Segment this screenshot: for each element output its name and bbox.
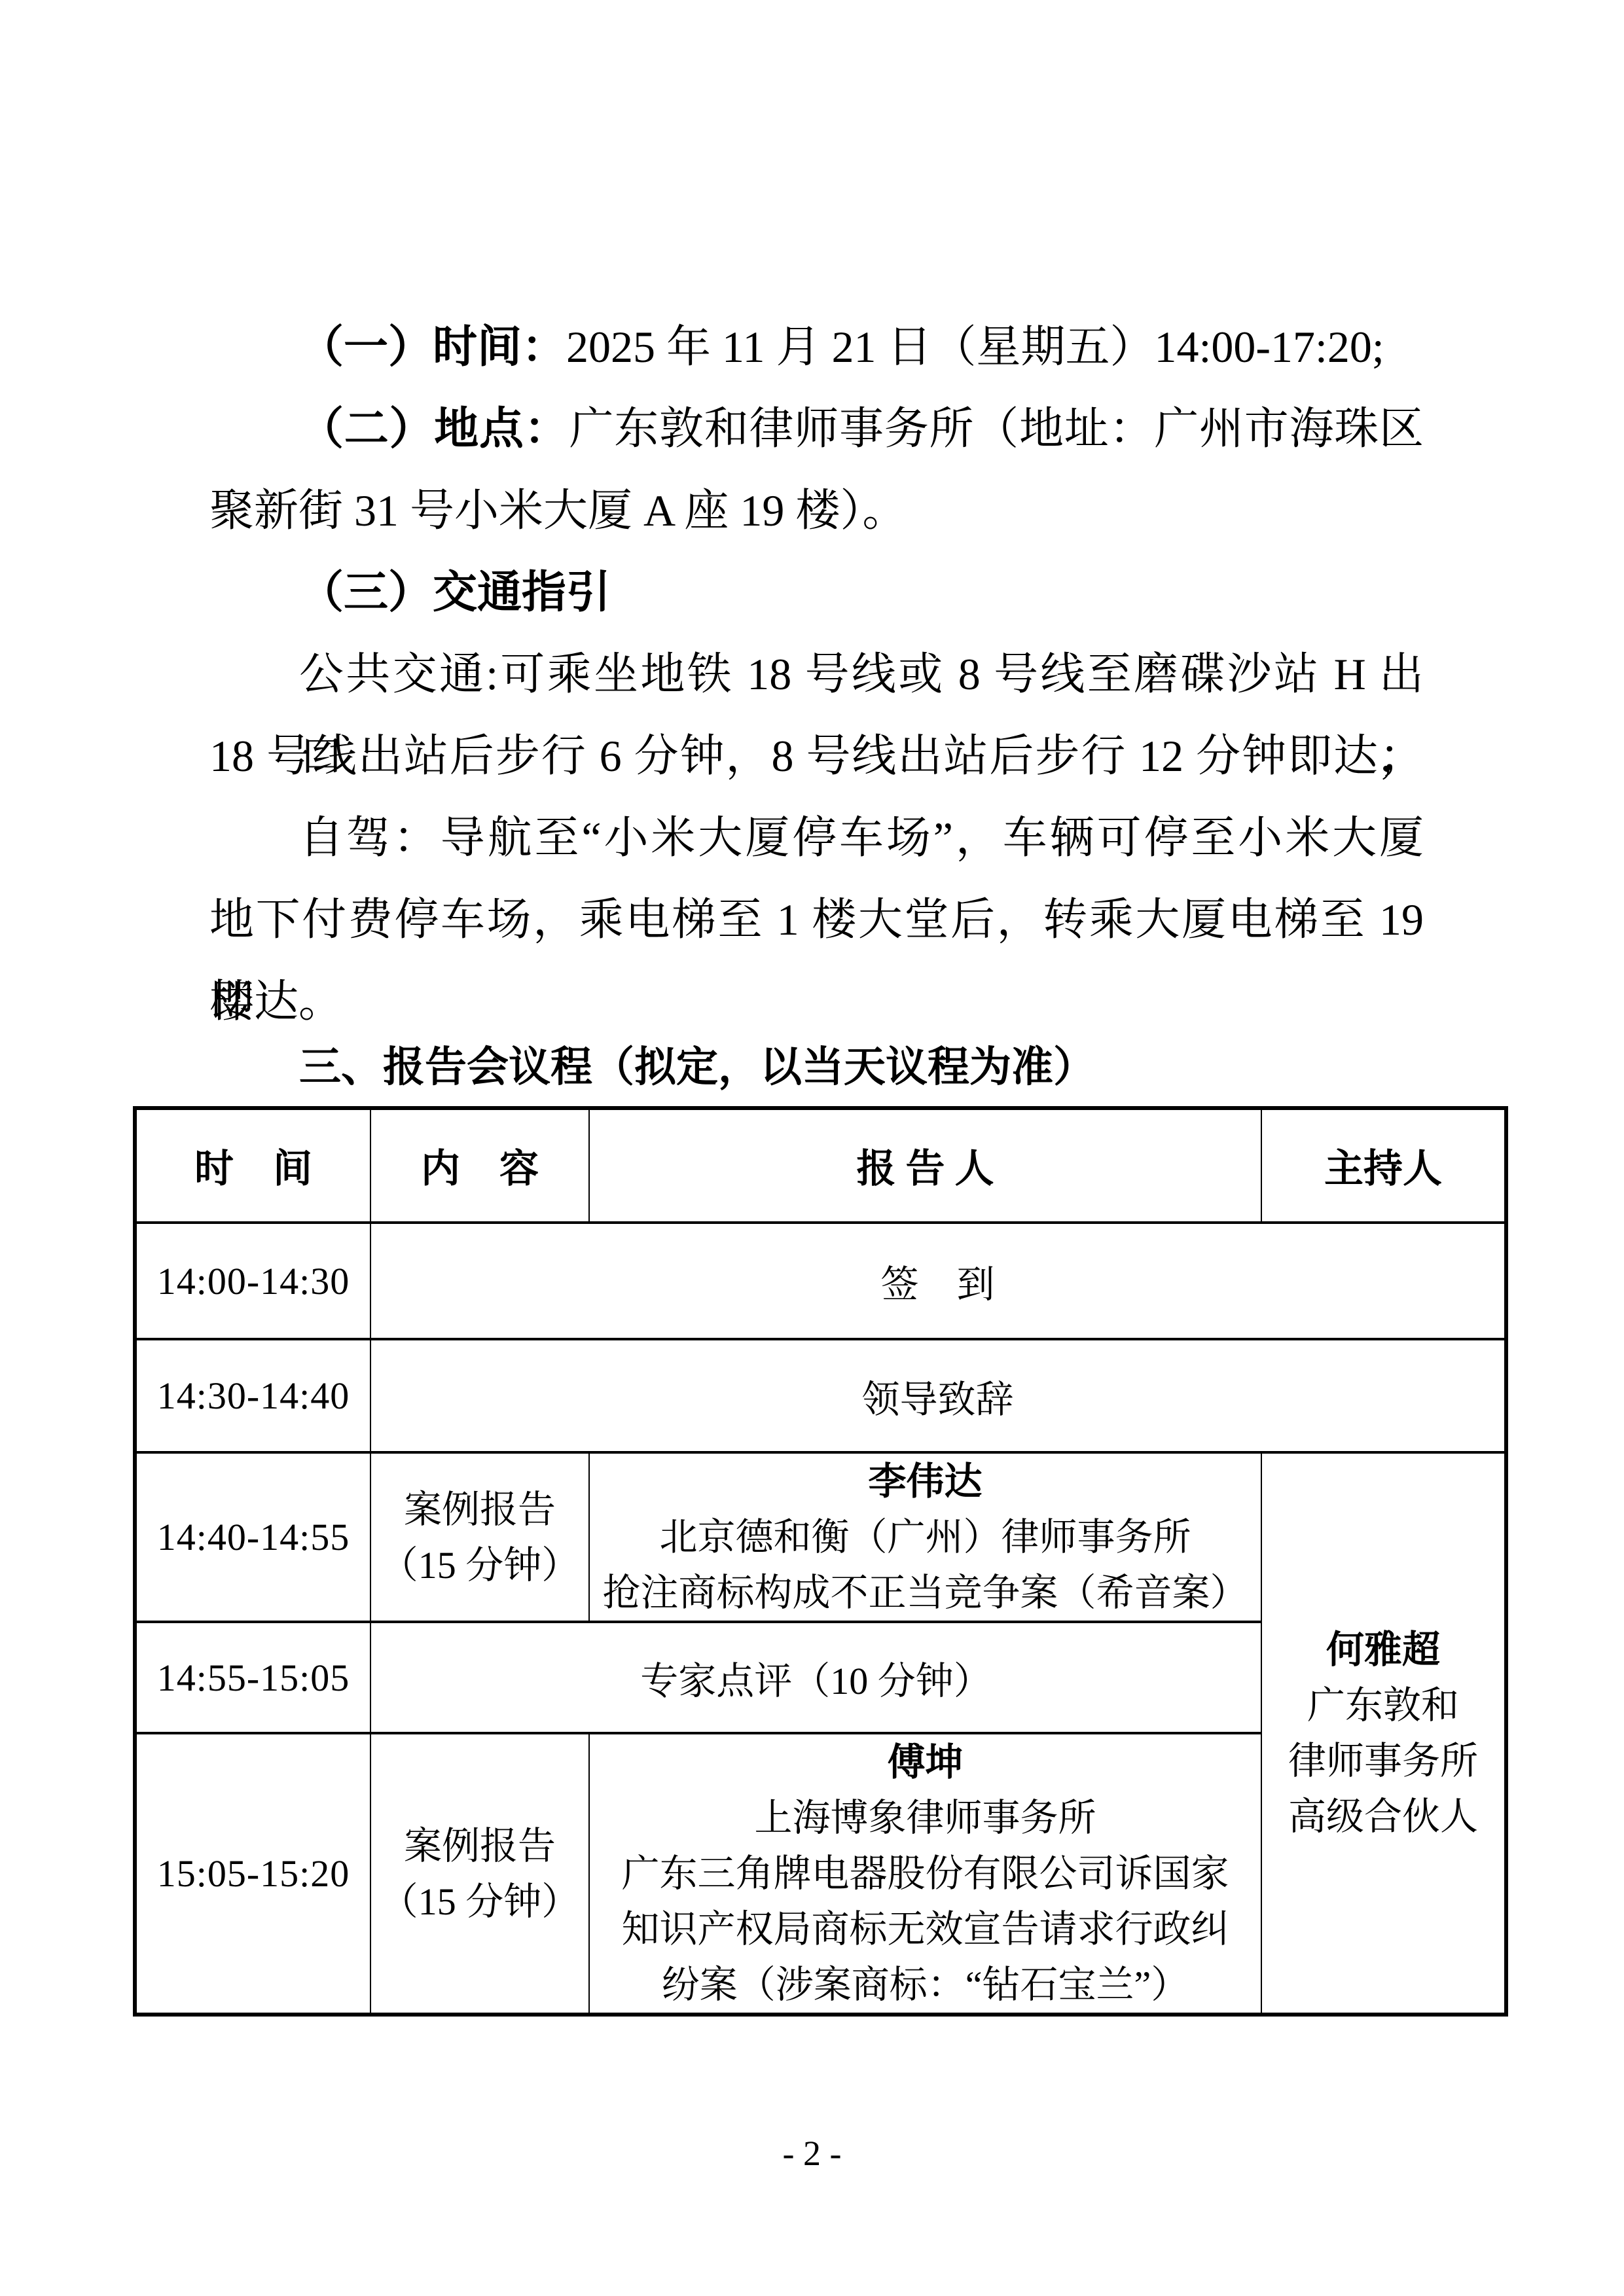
paragraph-traffic-heading: （三）交通指引 xyxy=(209,552,1424,634)
paragraph-location-2: 聚新街 31 号小米大厦 A 座 19 楼）。 xyxy=(209,470,1424,552)
row-case1: 14:40-14:55 案例报告 （15 分钟） 李伟达 北京德和衡（广州）律师… xyxy=(135,1452,1506,1622)
case1-content-line2: （15 分钟） xyxy=(371,1537,588,1593)
speech-time: 14:30-14:40 xyxy=(135,1339,370,1452)
section-heading-agenda: 三、报告会议程（拟定，以当天议程为准） xyxy=(299,1039,1095,1094)
paragraph-location-text: 广东敦和律师事务所（地址：广州市海珠区 xyxy=(569,404,1424,454)
paragraph-public-transit-1: 公共交通:可乘坐地铁 18 号线或 8 号线至磨碟沙站 H 出口， xyxy=(209,634,1424,715)
case1-content-line1: 案例报告 xyxy=(371,1482,588,1537)
document-page: （一）时间：2025 年 11 月 21 日（星期五）14:00-17:20; … xyxy=(0,0,1624,2296)
body-text-block: （一）时间：2025 年 11 月 21 日（星期五）14:00-17:20; … xyxy=(209,306,1424,1043)
review1-time: 14:55-15:05 xyxy=(135,1622,370,1733)
host-org-line1: 广东敦和 xyxy=(1262,1677,1504,1733)
paragraph-traffic-lead: （三）交通指引 xyxy=(299,567,611,617)
agenda-table: 时 间 内 容 报 告 人 主持人 14:00-14:30 签 到 14:30-… xyxy=(133,1106,1508,2017)
row-signin: 14:00-14:30 签 到 xyxy=(135,1223,1506,1339)
paragraph-driving-1-text: 自驾：导航至“小米大厦停车场”，车辆可停至小米大厦 xyxy=(299,813,1424,863)
signin-time: 14:00-14:30 xyxy=(135,1223,370,1339)
case2-case-line2: 知识产权局商标无效宣告请求行政纠 xyxy=(590,1901,1261,1957)
case2-content-line2: （15 分钟） xyxy=(371,1874,588,1929)
paragraph-driving-3-text: 即达。 xyxy=(209,977,343,1026)
paragraph-location-1: （二）地点：广东敦和律师事务所（地址：广州市海珠区 xyxy=(209,388,1424,470)
agenda-header-row: 时 间 内 容 报 告 人 主持人 xyxy=(135,1108,1506,1223)
signin-label: 签 到 xyxy=(370,1223,1506,1339)
page-number: - 2 - xyxy=(0,2130,1624,2176)
case2-content-line1: 案例报告 xyxy=(371,1818,588,1874)
paragraph-public-transit-2-text: 18 号线出站后步行 6 分钟，8 号线出站后步行 12 分钟即达； xyxy=(209,731,1424,781)
paragraph-driving-2: 地下付费停车场，乘电梯至 1 楼大堂后，转乘大厦电梯至 19 楼 xyxy=(209,879,1424,961)
case1-time: 14:40-14:55 xyxy=(135,1452,370,1622)
case1-reporter-cell: 李伟达 北京德和衡（广州）律师事务所 抢注商标构成不正当竞争案（希音案） xyxy=(589,1452,1261,1622)
host-org-line2: 律师事务所 xyxy=(1262,1733,1504,1789)
case2-time: 15:05-15:20 xyxy=(135,1733,370,2015)
host-cell: 何雅超 广东敦和 律师事务所 高级合伙人 xyxy=(1261,1452,1506,2015)
case2-content-cell: 案例报告 （15 分钟） xyxy=(370,1733,589,2015)
case2-reporter-name: 傅坤 xyxy=(590,1734,1261,1790)
paragraph-driving-1: 自驾：导航至“小米大厦停车场”，车辆可停至小米大厦 xyxy=(209,797,1424,879)
case1-reporter-org: 北京德和衡（广州）律师事务所 xyxy=(590,1509,1261,1565)
case2-reporter-cell: 傅坤 上海博象律师事务所 广东三角牌电器股份有限公司诉国家 知识产权局商标无效宣… xyxy=(589,1733,1261,2015)
paragraph-location-2-text: 聚新街 31 号小米大厦 A 座 19 楼）。 xyxy=(209,486,907,535)
review1-label: 专家点评（10 分钟） xyxy=(370,1622,1261,1733)
host-name: 何雅超 xyxy=(1262,1622,1504,1677)
case2-reporter-org: 上海博象律师事务所 xyxy=(590,1790,1261,1846)
case1-reporter-name: 李伟达 xyxy=(590,1454,1261,1509)
paragraph-time: （一）时间：2025 年 11 月 21 日（星期五）14:00-17:20; xyxy=(209,306,1424,388)
case1-reporter-case: 抢注商标构成不正当竞争案（希音案） xyxy=(590,1565,1261,1621)
row-speech: 14:30-14:40 领导致辞 xyxy=(135,1339,1506,1452)
paragraph-driving-3: 即达。 xyxy=(209,961,1424,1043)
header-time: 时 间 xyxy=(135,1108,370,1223)
paragraph-public-transit-2: 18 号线出站后步行 6 分钟，8 号线出站后步行 12 分钟即达； xyxy=(209,715,1424,797)
case1-content-cell: 案例报告 （15 分钟） xyxy=(370,1452,589,1622)
paragraph-time-text: 2025 年 11 月 21 日（星期五）14:00-17:20; xyxy=(566,322,1384,372)
speech-label: 领导致辞 xyxy=(370,1339,1506,1452)
header-host: 主持人 xyxy=(1261,1108,1506,1223)
header-reporter: 报 告 人 xyxy=(589,1108,1261,1223)
paragraph-location-lead: （二）地点： xyxy=(299,404,569,454)
host-org-line3: 高级合伙人 xyxy=(1262,1789,1504,1844)
case2-case-line1: 广东三角牌电器股份有限公司诉国家 xyxy=(590,1846,1261,1901)
paragraph-time-lead: （一）时间： xyxy=(299,322,566,372)
case2-case-line3: 纷案（涉案商标：“钻石宝兰”） xyxy=(590,1957,1261,2013)
header-content: 内 容 xyxy=(370,1108,589,1223)
